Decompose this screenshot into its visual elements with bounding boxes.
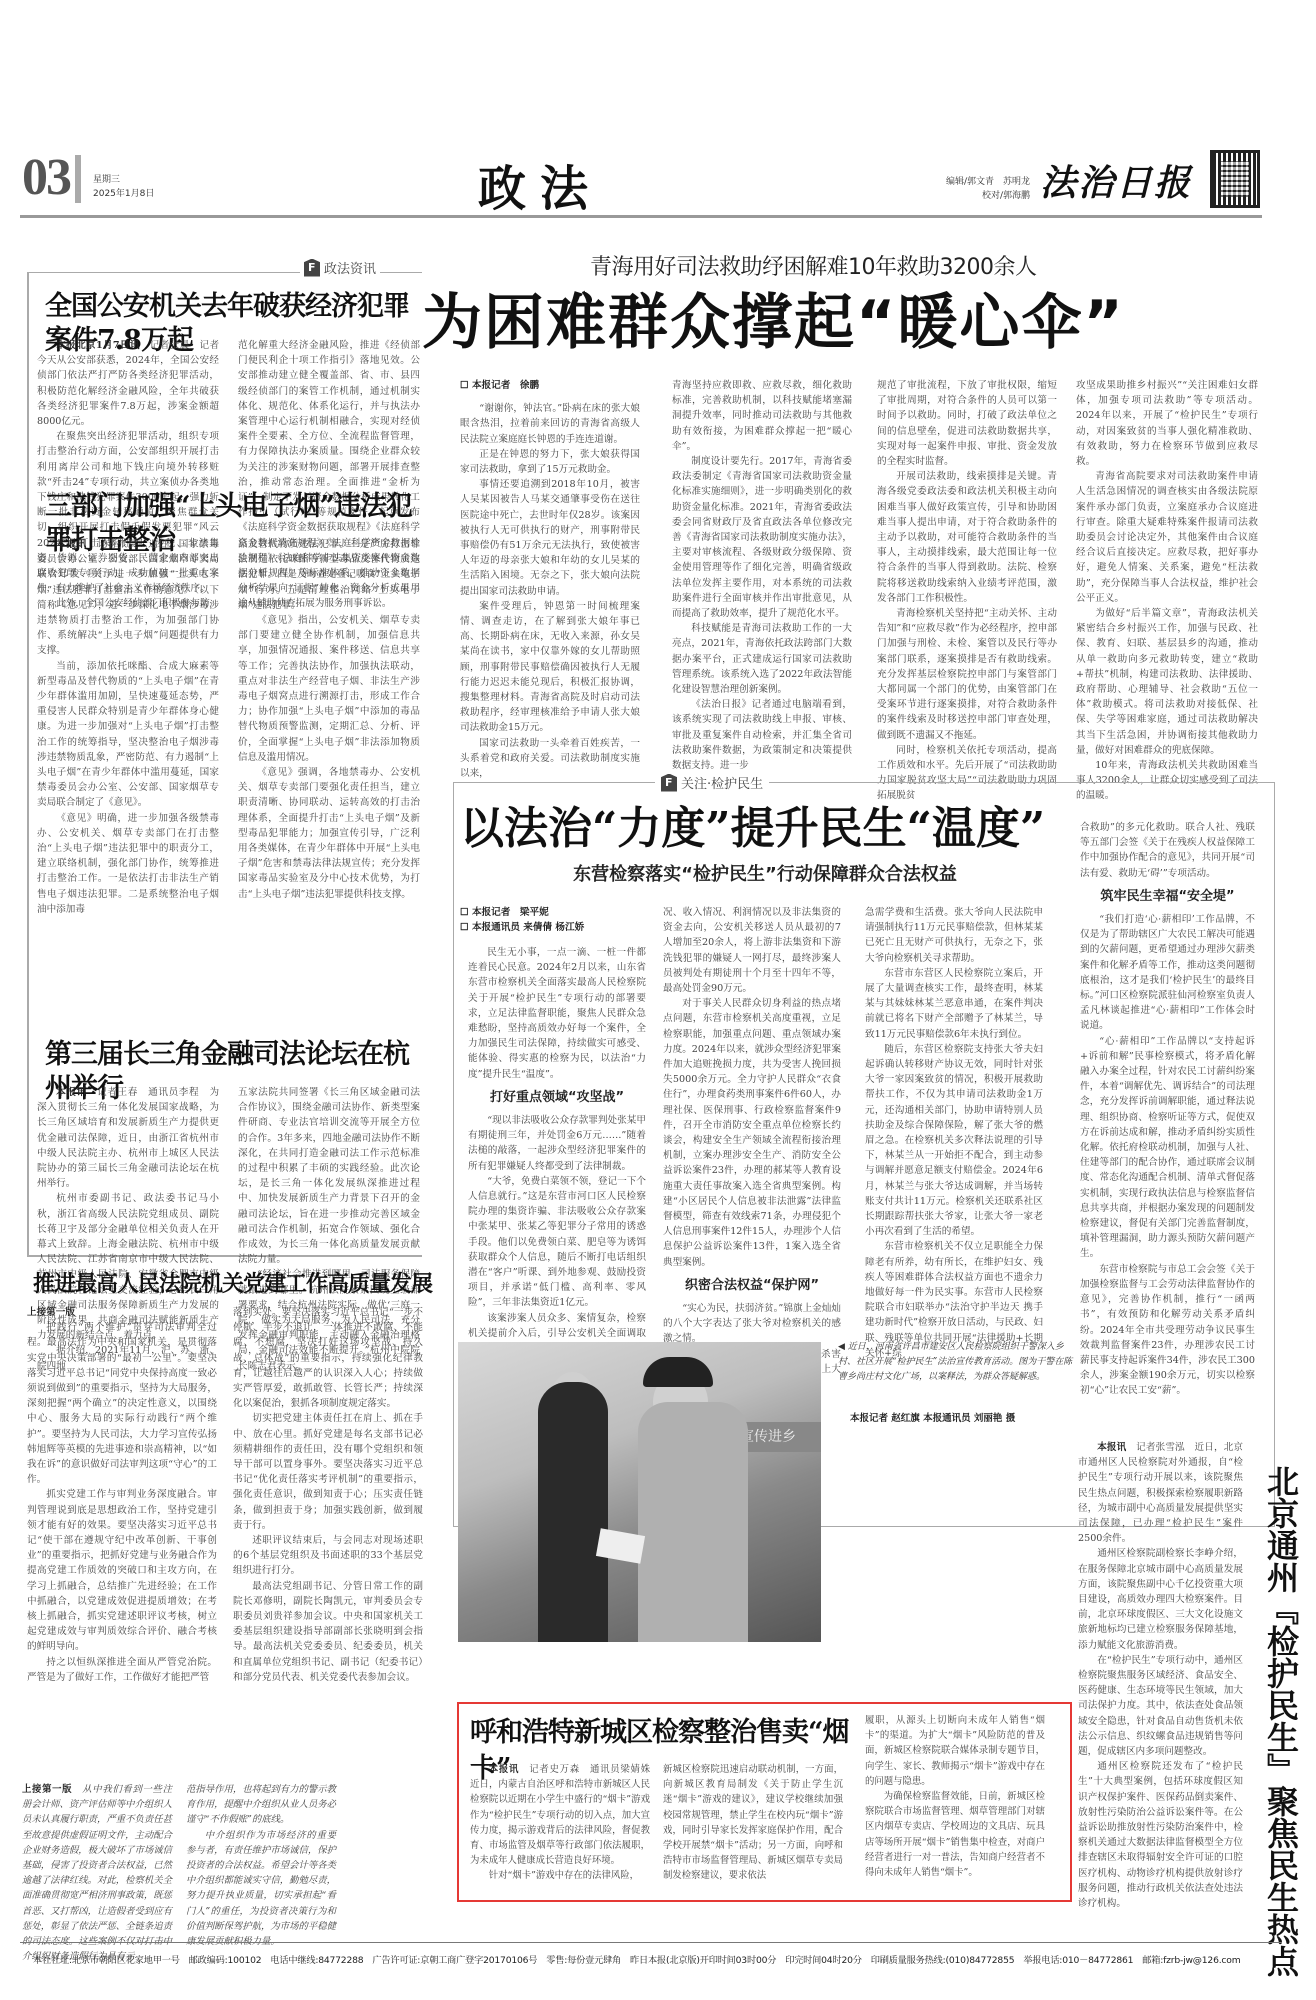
byline: ☐ 本报记者 徐鹏 — [460, 378, 640, 393]
lead-body-col2: 青海坚持应救即救、应救尽救，细化救助标准，完善救助机制，以科技赋能堵塞漏洞提升效… — [672, 378, 852, 773]
feature-subheadline: 东营检察落实“检护民生”行动保障群众合法权益 — [470, 860, 1060, 886]
page-number: 03 — [22, 152, 70, 204]
photo-person — [538, 1382, 608, 1642]
feature-subhead: 筑牢民生幸福“安全堤” — [1080, 889, 1255, 904]
tongzhou-article-body: 本报讯 记者张雪泓 近日，北京市通州区人民检察院对外通报，自“检护民生”专项行动… — [1078, 1440, 1243, 1911]
checkbox-square-icon: ☐ — [460, 380, 472, 391]
section-kicker: 政法资讯 — [300, 258, 380, 277]
lead-body-col3: 规范了审批流程，下放了审批权限，缩短了审批周期，对符合条件的人员可以第一时间予以… — [877, 378, 1057, 804]
checkbox-square-icon: ☐ — [460, 922, 472, 933]
lead-body-col4: 攻坚成果助推乡村振兴”“关注困难妇女群体，加强专项司法救助”等专项活动。2024… — [1076, 378, 1258, 804]
photo-caption: ◀ 近日，河南省许昌市建安区人民检察院组织干警深入乡村、社区开展“检护民生”法治… — [838, 1340, 1078, 1385]
continued-from-label: 上接第一版 — [27, 1305, 217, 1320]
issue-date: 2025年1月8日 — [93, 186, 154, 199]
article-headline[interactable]: 推进最高人民法院机关党建工作高质量发展 — [33, 1270, 433, 1300]
highlighted-body-col2: 新城区检察院迅速启动联动机制，一方面，向新城区教育局制发《关于防止学生沉迷“烟卡… — [663, 1762, 843, 1884]
highlighted-body-col3: 履职，从源头上切断向未成年人销售“烟卡”的渠道。为扩大“烟卡”风险防范的普及面，… — [865, 1713, 1045, 1880]
feature-kicker: 关注·检护民生 — [655, 773, 769, 792]
feature-bylines: ☐ 本报记者 梁平妮 ☐ 本报通讯员 来倩倩 杨江娇 — [460, 905, 640, 935]
feature-body-col2: 况、收入情况、利润情况以及非法集资的资金去向，公安机关移送人员从最初的7人增加至… — [663, 905, 841, 1392]
weekday: 星期三 — [93, 172, 120, 185]
feature-subhead: 打好重点领域“攻坚战” — [468, 1090, 646, 1105]
editors: 编辑/郭文青 苏明龙 — [900, 175, 1030, 189]
feature-body-col3: 急需学费和生活费。张大爷向人民法院申请强制执行11万元民事赔偿款，但林某某已死亡… — [865, 905, 1043, 1361]
photo-credit: 本报记者 赵红旗 本报通讯员 刘丽艳 摄 — [850, 1410, 1015, 1424]
dateline: 本报北京1月7日讯 — [56, 340, 140, 351]
kicker-label: 关注·检护民生 — [681, 773, 763, 792]
feature-headline[interactable]: 以法治“力度”提升民生“温度” — [460, 800, 1070, 858]
qr-code-icon[interactable] — [1210, 150, 1260, 208]
highlighted-body-col1: 本报讯 记者史万森 通讯员梁婧姝 近日，内蒙古自治区呼和浩特市新城区人民检察院以… — [470, 1762, 650, 1884]
section-title: 政法 — [478, 150, 602, 219]
photo-cap — [643, 1357, 713, 1387]
section-logo-icon — [304, 259, 320, 277]
kicker-label: 政法资讯 — [324, 258, 376, 277]
lead-body-col1: ☐ 本报记者 徐鹏 “谢谢你，钟法官。”卧病在床的张大娘眼含热泪，拉着前来回访的… — [460, 378, 640, 781]
editor-credits: 编辑/郭文青 苏明龙 校对/郭海鹏 — [900, 175, 1030, 203]
proofreader: 校对/郭海鹏 — [900, 189, 1030, 203]
continued-article-col1: 上接第一版 从中我们看到一些注册会计师、资产评估师等中介组织人员未认真履行职责，… — [22, 1782, 172, 1964]
page-number-divider — [75, 155, 81, 203]
article-body-col1: 上接第一版 把践行“两个维护”贯穿司法审判全过程。最高法作为中央和国家机关，是贯… — [27, 1305, 217, 1685]
article-body-col2: 落到实处。要坚决落实习近平总书记“一步不停歇、半步不退让，一体推进不敢腐、不能腐… — [233, 1305, 423, 1685]
continued-article-col2: 范指导作用，也将起到有力的警示教育作用，提醒中介组织从业人员务必谨守“不作假账”… — [186, 1782, 336, 1949]
news-photo[interactable]: 法治宣传进乡 — [458, 1342, 821, 1642]
feature-box-rule — [453, 782, 668, 783]
feature-body-col4: 合救助”的多元化救助。联合人社、残联等五部门会签《关于在残疾人权益保障工作中加强… — [1080, 820, 1255, 1399]
article-body-col1: 本报讯 记者张晨 近日，国家禁毒委员会办公室、公安部、国家烟草专卖局联合印发《关… — [37, 537, 219, 917]
tongzhou-vertical-headline[interactable]: 北京通州『检护民生』聚焦民生热点 — [1258, 1465, 1298, 1977]
footer-rule — [20, 1942, 1282, 1943]
caption-arrow-icon: ◀ — [838, 1342, 848, 1352]
photo-person — [638, 1402, 748, 1642]
masthead-rule — [20, 215, 1262, 218]
masthead: 03 星期三 2025年1月8日 政法 编辑/郭文青 苏明龙 校对/郭海鹏 法治… — [0, 100, 1316, 220]
feature-body-col1: 民生无小事，一点一滴、一桩一件都连着民心民意。2024年2月以来，山东省东营市检… — [468, 945, 646, 1371]
feature-subhead: 织密合法权益“保护网” — [663, 1278, 841, 1293]
article-body-col2: 品及替代物质违法犯罪。三是严厉打击非法制造依托咪酯等新型毒品及替代物质违法犯罪。… — [238, 537, 420, 902]
feature-box-rule — [760, 782, 1275, 783]
reporter: 记者张晨 — [150, 340, 190, 351]
section-logo-icon — [661, 774, 677, 792]
newspaper-logo: 法治日报 — [1040, 155, 1192, 206]
lead-headline[interactable]: 为困难群众撑起“暖心伞” — [422, 275, 1125, 361]
checkbox-square-icon: ☐ — [460, 907, 472, 918]
footer-publisher-info: 本社社址:北京市朝阳区花家地甲一号 邮政编码:100102 电话中继线:8477… — [33, 1952, 1283, 1966]
